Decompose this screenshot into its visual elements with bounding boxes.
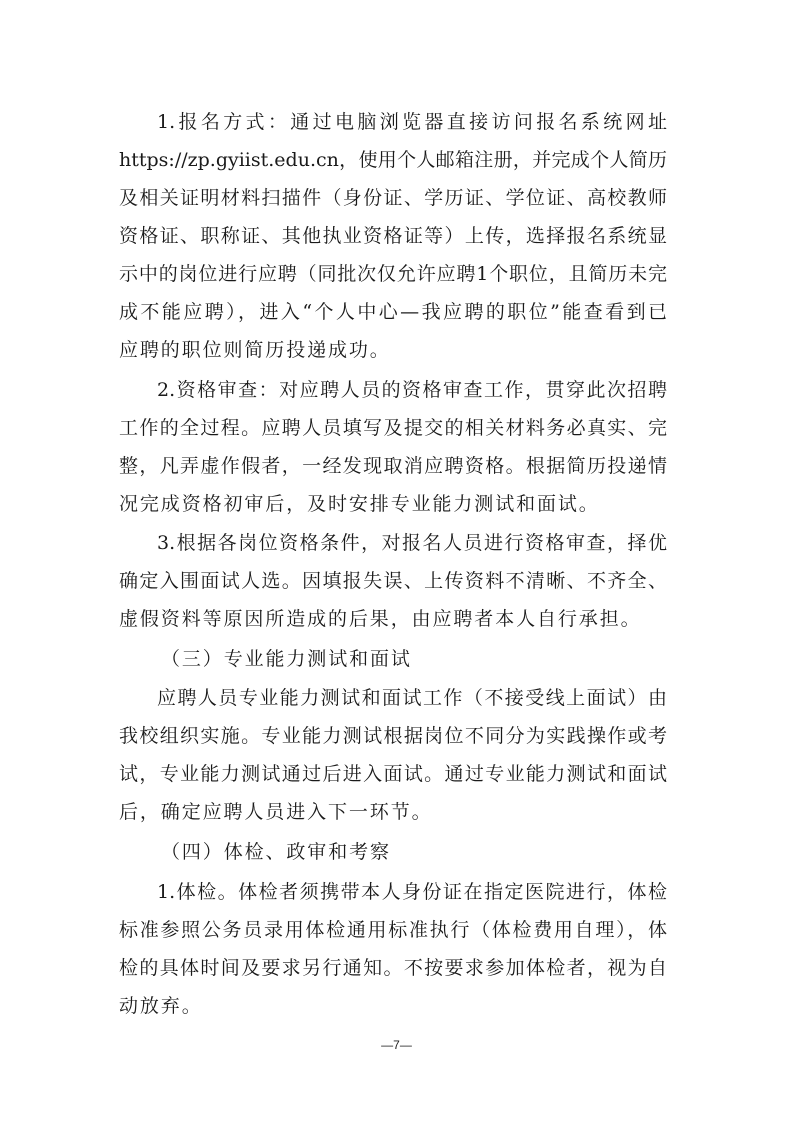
paragraph-line: 2.资格审查：对应聘人员的资格审查工作，贯穿此次招聘 [119,372,667,408]
paragraph-line: 况完成资格初审后，及时安排专业能力测试和面试。 [119,486,667,522]
paragraph-line: 我校组织实施。专业能力测试根据岗位不同分为实践操作或考 [119,718,667,754]
paragraph-line: 应聘人员专业能力测试和面试工作（不接受线上面试）由 [119,680,667,716]
paragraph-line: 确定入围面试人选。因填报失误、上传资料不清晰、不齐全、 [119,563,667,599]
paragraph-line: https://zp.gyiist.edu.cn，使用个人邮箱注册，并完成个人简… [119,142,667,178]
paragraph-line: 应聘的职位则简历投递成功。 [119,332,667,368]
paragraph-line: 标准参照公务员录用体检通用标准执行（体检费用自理），体 [119,912,667,948]
paragraph-line: 资格证、职称证、其他执业资格证等）上传，选择报名系统显 [119,218,667,254]
paragraph-line: 成不能应聘），进入“个人中心—我应聘的职位”能查看到已 [119,294,667,330]
paragraph-line: 3.根据各岗位资格条件，对报名人员进行资格审查，择优 [119,525,667,561]
paragraph-line: 示中的岗位进行应聘（同批次仅允许应聘1个职位，且简历未完 [119,256,667,292]
section-heading: （三）专业能力测试和面试 [119,641,667,677]
section-heading: （四）体检、政审和考察 [119,834,667,870]
paragraph-line: 整，凡弄虚作假者，一经发现取消应聘资格。根据简历投递情 [119,448,667,484]
paragraph-line: 检的具体时间及要求另行通知。不按要求参加体检者，视为自 [119,950,667,986]
paragraph-line: 虚假资料等原因所造成的后果，由应聘者本人自行承担。 [119,601,667,637]
paragraph-line: 1.报名方式：通过电脑浏览器直接访问报名系统网址 [119,104,667,140]
paragraph-line: 动放弃。 [119,988,667,1024]
paragraph-line: 后，确定应聘人员进入下一环节。 [119,794,667,830]
paragraph-line: 试，专业能力测试通过后进入面试。通过专业能力测试和面试 [119,756,667,792]
paragraph-line: 1.体检。体检者须携带本人身份证在指定医院进行，体检 [119,874,667,910]
page-number: —7— [0,1038,793,1052]
paragraph-line: 及相关证明材料扫描件（身份证、学历证、学位证、高校教师 [119,180,667,216]
paragraph-line: 工作的全过程。应聘人员填写及提交的相关材料务必真实、完 [119,410,667,446]
